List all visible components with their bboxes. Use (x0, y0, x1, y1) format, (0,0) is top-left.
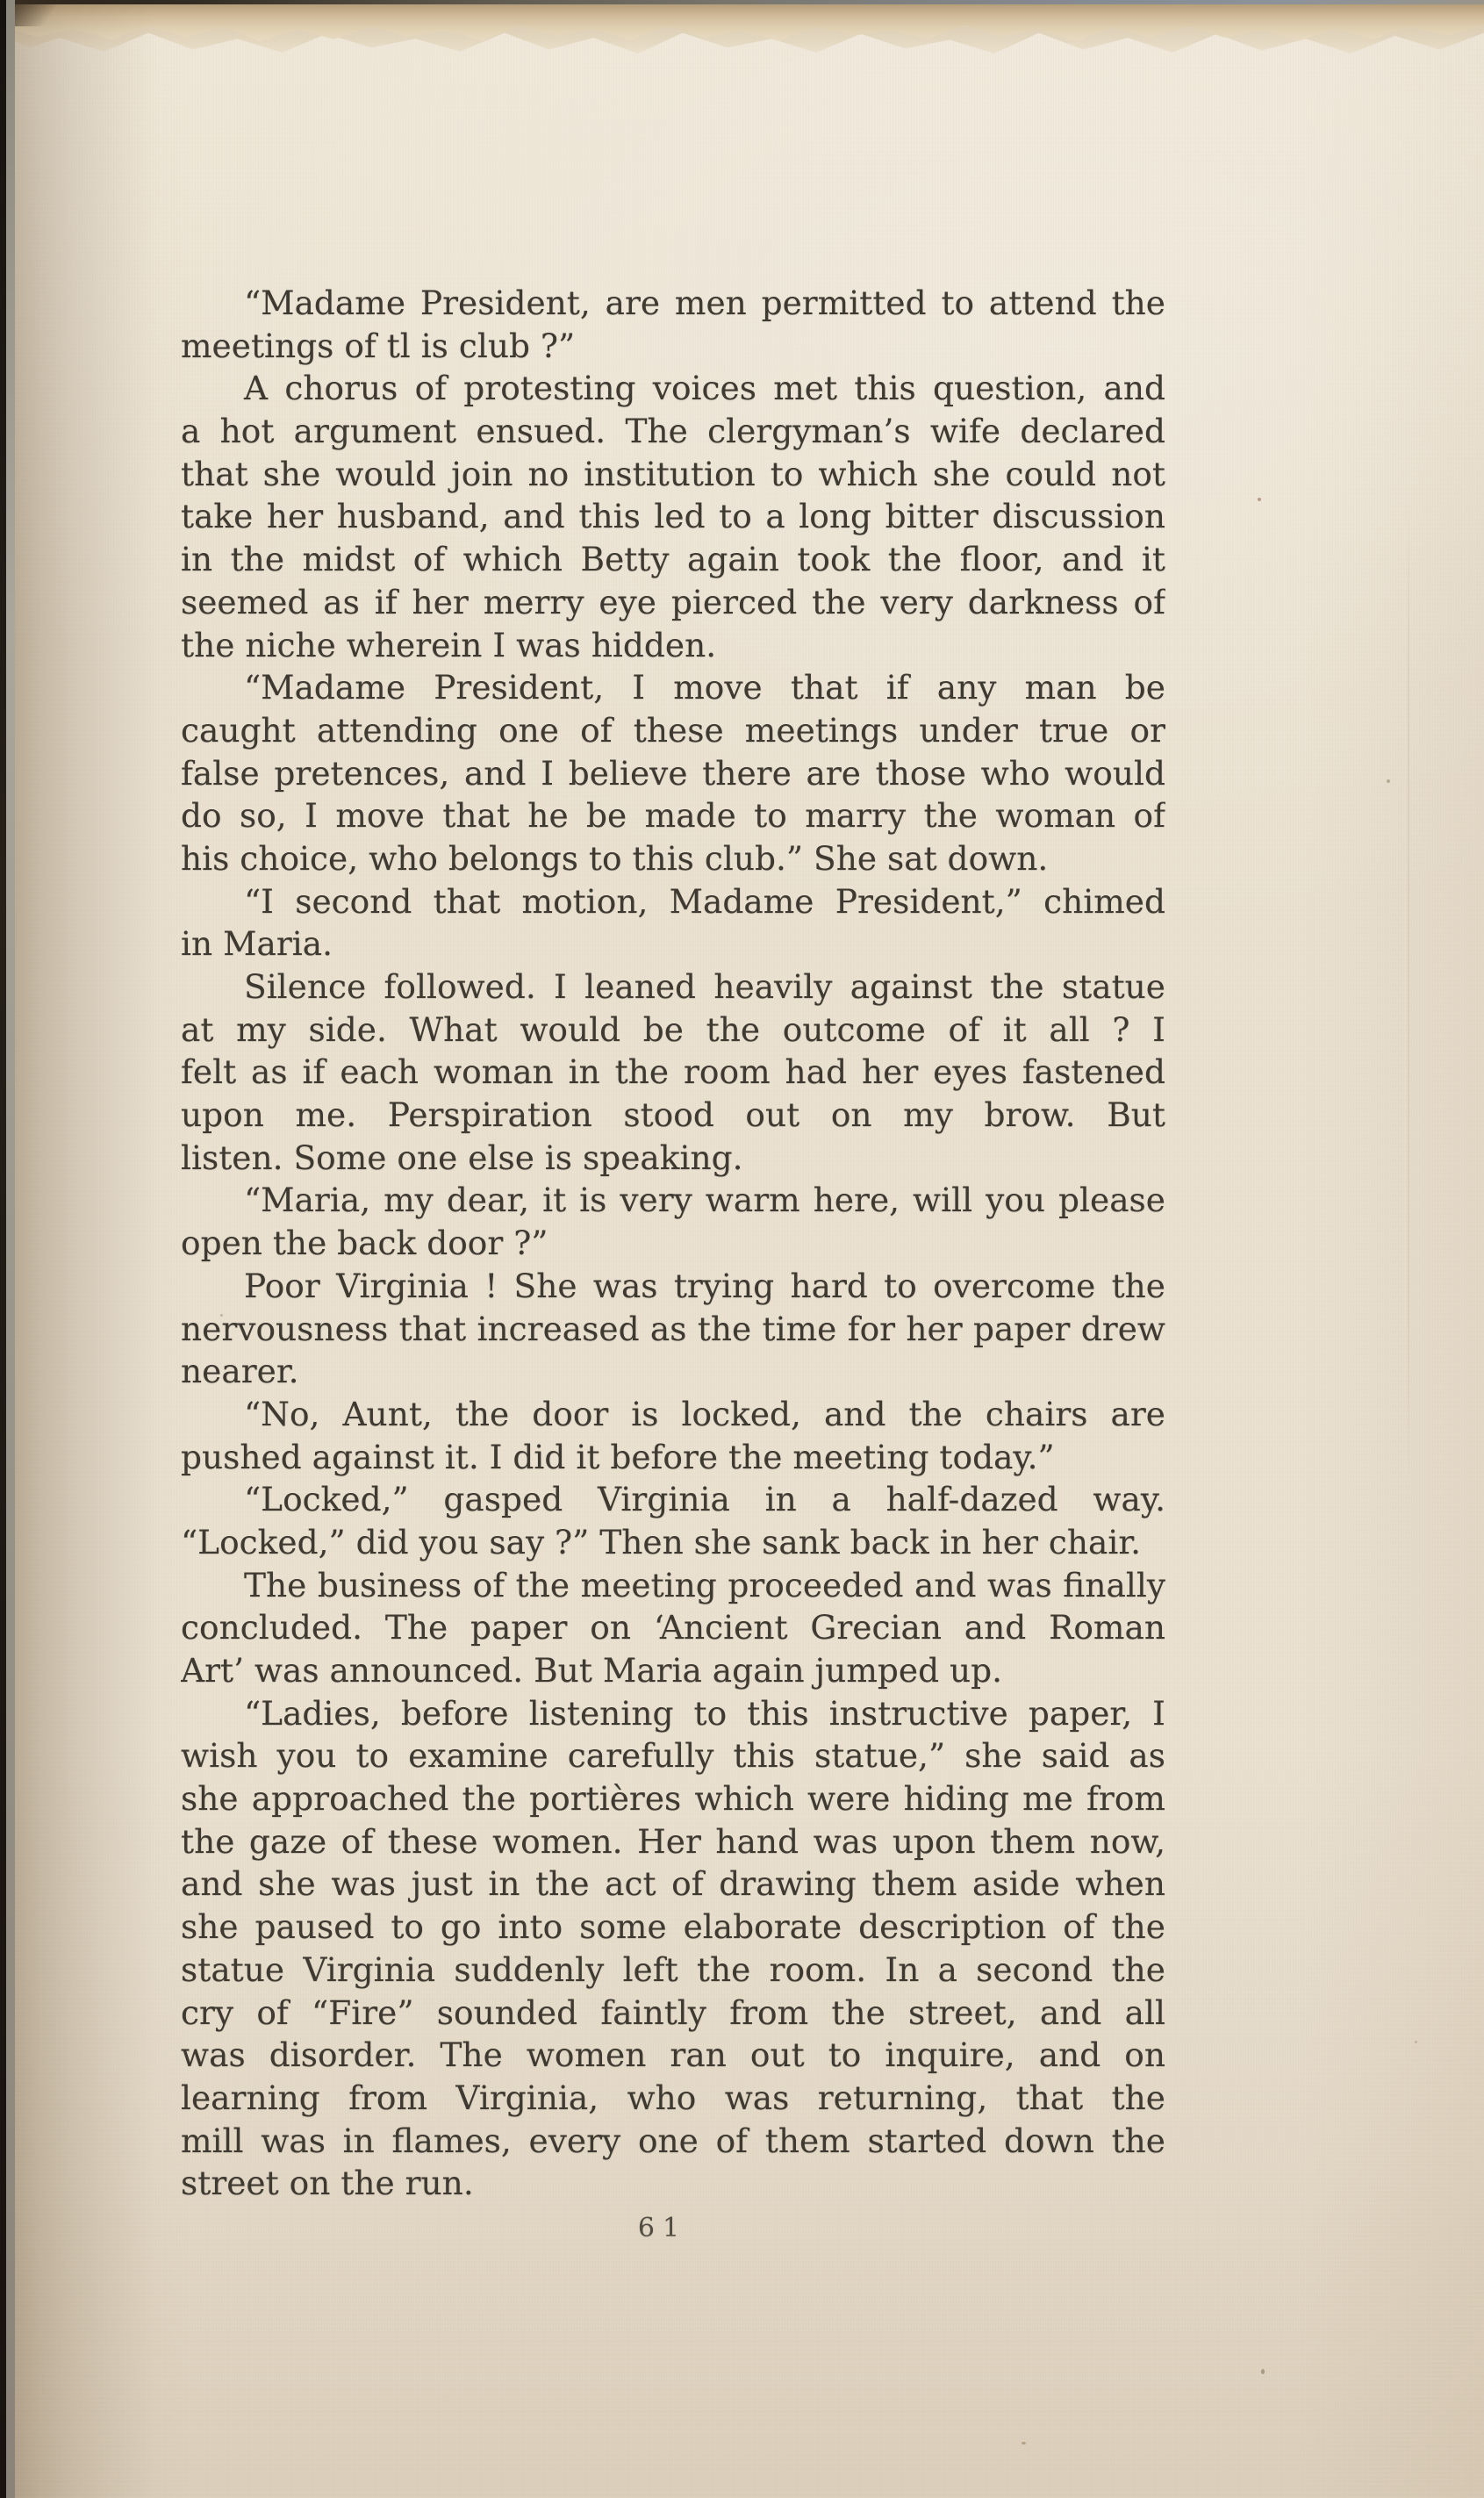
text-line: and she was just in the act of drawing t… (181, 1863, 1165, 1906)
text-line: that she would join no institution to wh… (181, 453, 1165, 496)
paragraph: Silence followed. I leaned heavily again… (181, 965, 1165, 1179)
text-line: a hot argument ensued. The clergyman’s w… (181, 410, 1165, 453)
text-line: his choice, who belongs to this club.” S… (181, 837, 1165, 880)
text-block: “Madame President, are men permitted to … (181, 282, 1165, 2205)
spine-gray-edge (6, 0, 15, 2498)
spine-gutter-shadow (15, 0, 155, 2498)
text-line: she approached the portières which were … (181, 1777, 1165, 1820)
text-line: open the back door ?” (181, 1222, 1165, 1265)
text-line: Silence followed. I leaned heavily again… (181, 965, 1165, 1009)
text-line: concluded. The paper on ‘Ancient Grecian… (181, 1606, 1165, 1649)
text-line: seemed as if her merry eye pierced the v… (181, 581, 1165, 624)
text-line: A chorus of protesting voices met this q… (181, 367, 1165, 410)
text-line: statue Virginia suddenly left the room. … (181, 1949, 1165, 1992)
paragraph: “Madame President, are men permitted to … (181, 282, 1165, 367)
text-line: felt as if each woman in the room had he… (181, 1051, 1165, 1094)
text-line: listen. Some one else is speaking. (181, 1137, 1165, 1180)
text-line: “Madame President, are men permitted to … (181, 282, 1165, 325)
paragraph: “No, Aunt, the door is locked, and the c… (181, 1393, 1165, 1478)
text-line: in Maria. (181, 922, 1165, 965)
text-line: in the midst of which Betty again took t… (181, 538, 1165, 581)
text-line: “Ladies, before listening to this instru… (181, 1692, 1165, 1735)
book-page-scan: { "page": { "number": "61", "paragraphs"… (0, 0, 1484, 2498)
paragraph: Poor Virginia ! She was trying hard to o… (181, 1265, 1165, 1393)
text-line: Poor Virginia ! She was trying hard to o… (181, 1265, 1165, 1308)
paper-crease-line (1408, 492, 1409, 1501)
text-line: “Madame President, I move that if any ma… (181, 666, 1165, 709)
paragraph: “Maria, my dear, it is very warm here, w… (181, 1179, 1165, 1264)
text-line: pushed against it. I did it before the m… (181, 1436, 1165, 1479)
paragraph: “Ladies, before listening to this instru… (181, 1692, 1165, 2205)
text-line: take her husband, and this led to a long… (181, 495, 1165, 538)
text-line: caught attending one of these meetings u… (181, 709, 1165, 752)
text-line: the niche wherein I was hidden. (181, 624, 1165, 667)
text-line: at my side. What would be the outcome of… (181, 1009, 1165, 1052)
text-line: “Maria, my dear, it is very warm here, w… (181, 1179, 1165, 1222)
text-line: street on the run. (181, 2162, 1165, 2205)
page-number: 61 (170, 2213, 1155, 2243)
text-line: The business of the meeting proceeded an… (181, 1564, 1165, 1607)
text-line: meetings of tl is club ?” (181, 325, 1165, 368)
paragraph: “Locked,” gasped Virginia in a half-daze… (181, 1478, 1165, 1563)
spine-dark-edge (0, 0, 6, 2498)
text-line: Art’ was announced. But Maria again jump… (181, 1649, 1165, 1692)
text-line: learning from Virginia, who was returnin… (181, 2077, 1165, 2120)
paragraph: “I second that motion, Madame President,… (181, 880, 1165, 965)
text-line: “No, Aunt, the door is locked, and the c… (181, 1393, 1165, 1436)
paragraph: The business of the meeting proceeded an… (181, 1564, 1165, 1692)
paragraph: A chorus of protesting voices met this q… (181, 367, 1165, 666)
text-line: “I second that motion, Madame President,… (181, 880, 1165, 923)
text-line: “Locked,” did you say ?” Then she sank b… (181, 1521, 1165, 1564)
text-line: the gaze of these women. Her hand was up… (181, 1820, 1165, 1863)
text-line: wish you to examine carefully this statu… (181, 1734, 1165, 1777)
text-line: nervousness that increased as the time f… (181, 1308, 1165, 1351)
text-line: was disorder. The women ran out to inqui… (181, 2034, 1165, 2077)
text-line: do so, I move that he be made to marry t… (181, 794, 1165, 837)
text-line: she paused to go into some elaborate des… (181, 1906, 1165, 1949)
paragraph: “Madame President, I move that if any ma… (181, 666, 1165, 879)
text-line: cry of “Fire” sounded faintly from the s… (181, 1992, 1165, 2035)
text-line: false pretences, and I believe there are… (181, 752, 1165, 795)
text-line: “Locked,” gasped Virginia in a half-daze… (181, 1478, 1165, 1521)
text-line: mill was in flames, every one of them st… (181, 2120, 1165, 2163)
text-line: nearer. (181, 1350, 1165, 1393)
text-line: upon me. Perspiration stood out on my br… (181, 1094, 1165, 1137)
